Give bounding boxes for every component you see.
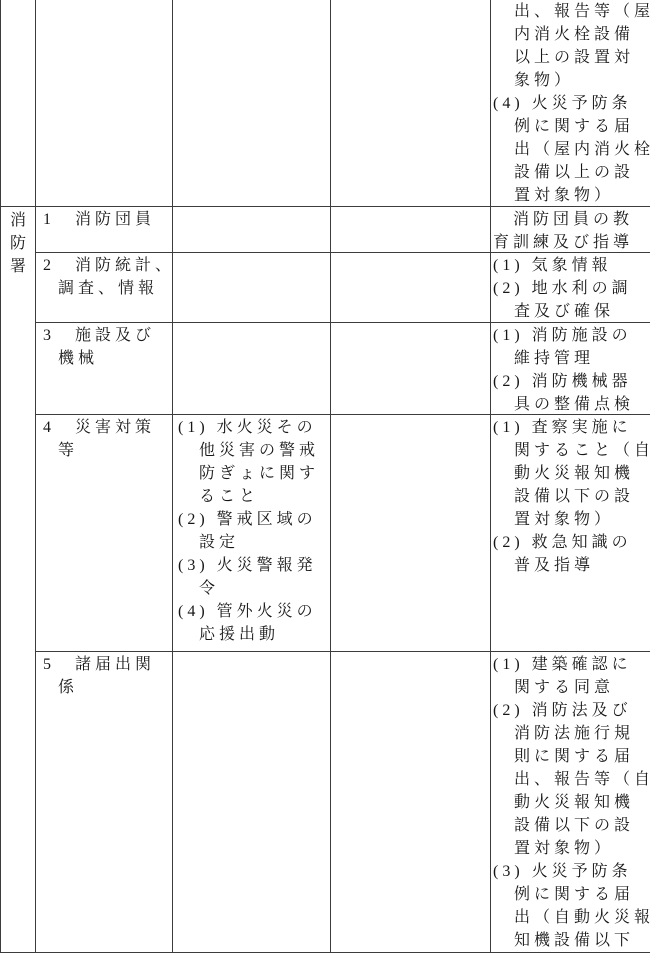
- cell-line: 機械: [43, 347, 170, 370]
- table-cell-r0-c5: 出、報告等（屋内消火栓設備以上の設置対象物）(4) 火災予防条例に関する届出（屋…: [491, 0, 650, 207]
- document-page: 消防署出、報告等（屋内消火栓設備以上の設置対象物）(4) 火災予防条例に関する届…: [0, 0, 650, 953]
- cell-line: 2 消防統計、: [43, 254, 170, 277]
- cell-line: 象物）: [493, 69, 648, 92]
- cell-line: 1 消防団員: [43, 208, 170, 231]
- cell-line: (2) 消防法及び: [493, 699, 648, 722]
- cell-line: 応援出動: [178, 623, 328, 646]
- cell-line: 調査、情報: [43, 277, 170, 300]
- cell-line: 置対象物）: [493, 508, 648, 531]
- section-column-spacer-cell: [1, 0, 36, 207]
- cell-line: ること: [178, 485, 328, 508]
- cell-line: 設備以下の設: [493, 485, 648, 508]
- cell-line: 他災害の警戒: [178, 439, 328, 462]
- cell-line: (3) 火災警報発: [178, 554, 328, 577]
- table-cell-r0-c3: [173, 0, 331, 207]
- cell-line: 消防法施行規: [493, 722, 648, 745]
- cell-line: 以上の設置対: [493, 46, 648, 69]
- cell-line: 則に関する届: [493, 745, 648, 768]
- cell-line: 3 施設及び: [43, 324, 170, 347]
- cell-line: 設定: [178, 531, 328, 554]
- cell-line: 動火災報知機: [493, 791, 648, 814]
- cell-line: 関すること（自: [493, 439, 648, 462]
- table-cell-r0-c4: [331, 0, 491, 207]
- cell-line: 消防団員の教: [493, 208, 648, 231]
- cell-line: 置対象物）: [493, 837, 648, 860]
- cell-line: 防ぎょに関す: [178, 462, 328, 485]
- cell-line: 動火災報知機: [493, 462, 648, 485]
- cell-line: (2) 消防機械器: [493, 370, 648, 393]
- section-label-char: 署: [10, 255, 35, 278]
- cell-line: 出、報告等（屋: [493, 0, 648, 23]
- cell-line: 維持管理: [493, 347, 648, 370]
- cell-line: (4) 管外火災の: [178, 600, 328, 623]
- cell-line: 内消火栓設備: [493, 23, 648, 46]
- cell-line: 等: [43, 439, 170, 462]
- cell-line: (2) 地水利の調: [493, 277, 648, 300]
- document-table: 消防署出、報告等（屋内消火栓設備以上の設置対象物）(4) 火災予防条例に関する届…: [0, 0, 650, 953]
- table-cell-r3-c4: [331, 323, 491, 415]
- cell-line: (4) 火災予防条: [493, 92, 648, 115]
- table-cell-r0-c2: [36, 0, 173, 207]
- table-cell-r5-c3: [173, 652, 331, 953]
- cell-line: (1) 査察実施に: [493, 416, 648, 439]
- table-cell-r2-c5: (1) 気象情報(2) 地水利の調査及び確保: [491, 253, 650, 323]
- cell-line: 例に関する届: [493, 115, 648, 138]
- cell-line: 5 諸届出関: [43, 653, 170, 676]
- section-label-char: 消: [10, 209, 35, 232]
- cell-line: (1) 消防施設の: [493, 324, 648, 347]
- cell-line: 出（自動火災報: [493, 906, 648, 929]
- table-cell-r3-c5: (1) 消防施設の維持管理(2) 消防機械器具の整備点検: [491, 323, 650, 415]
- table-cell-r5-c5: (1) 建築確認に関する同意(2) 消防法及び消防法施行規則に関する届出、報告等…: [491, 652, 650, 953]
- cell-line: (1) 水火災その: [178, 416, 328, 439]
- cell-line: (1) 気象情報: [493, 254, 648, 277]
- table-cell-r4-c2: 4 災害対策等: [36, 415, 173, 652]
- cell-line: (2) 警戒区域の: [178, 508, 328, 531]
- cell-line: 設備以下の設: [493, 814, 648, 837]
- cell-line: (3) 火災予防条: [493, 860, 648, 883]
- cell-line: 4 災害対策: [43, 416, 170, 439]
- table-cell-r3-c2: 3 施設及び機械: [36, 323, 173, 415]
- cell-line: 知機設備以下: [493, 929, 648, 952]
- table-cell-r1-c3: [173, 207, 331, 253]
- cell-line: 関する同意: [493, 676, 648, 699]
- table-cell-r2-c3: [173, 253, 331, 323]
- table-cell-r1-c2: 1 消防団員: [36, 207, 173, 253]
- cell-line: 令: [178, 577, 328, 600]
- cell-line: 係: [43, 676, 170, 699]
- cell-line: 例に関する届: [493, 883, 648, 906]
- table-cell-r4-c4: [331, 415, 491, 652]
- cell-line: 育訓練及び指導: [493, 231, 648, 253]
- cell-line: 出、報告等（自: [493, 768, 648, 791]
- section-header-cell: 消防署: [1, 207, 36, 953]
- table-cell-r1-c4: [331, 207, 491, 253]
- table-cell-r4-c3: (1) 水火災その他災害の警戒防ぎょに関すること(2) 警戒区域の設定(3) 火…: [173, 415, 331, 652]
- table-cell-r4-c5: (1) 査察実施に関すること（自動火災報知機設備以下の設置対象物）(2) 救急知…: [491, 415, 650, 652]
- table-cell-r1-c5: 消防団員の教育訓練及び指導: [491, 207, 650, 253]
- table-cell-r2-c2: 2 消防統計、調査、情報: [36, 253, 173, 323]
- cell-line: (2) 救急知識の: [493, 531, 648, 554]
- table-cell-r5-c2: 5 諸届出関係: [36, 652, 173, 953]
- cell-line: 具の整備点検: [493, 393, 648, 415]
- cell-line: 普及指導: [493, 554, 648, 577]
- table-cell-r5-c4: [331, 652, 491, 953]
- table-cell-r3-c3: [173, 323, 331, 415]
- section-label-char: 防: [10, 232, 35, 255]
- cell-line: 置対象物）: [493, 184, 648, 207]
- cell-line: (1) 建築確認に: [493, 653, 648, 676]
- cell-line: 設備以上の設: [493, 161, 648, 184]
- table-cell-r2-c4: [331, 253, 491, 323]
- cell-line: 査及び確保: [493, 300, 648, 323]
- cell-line: 出（屋内消火栓: [493, 138, 648, 161]
